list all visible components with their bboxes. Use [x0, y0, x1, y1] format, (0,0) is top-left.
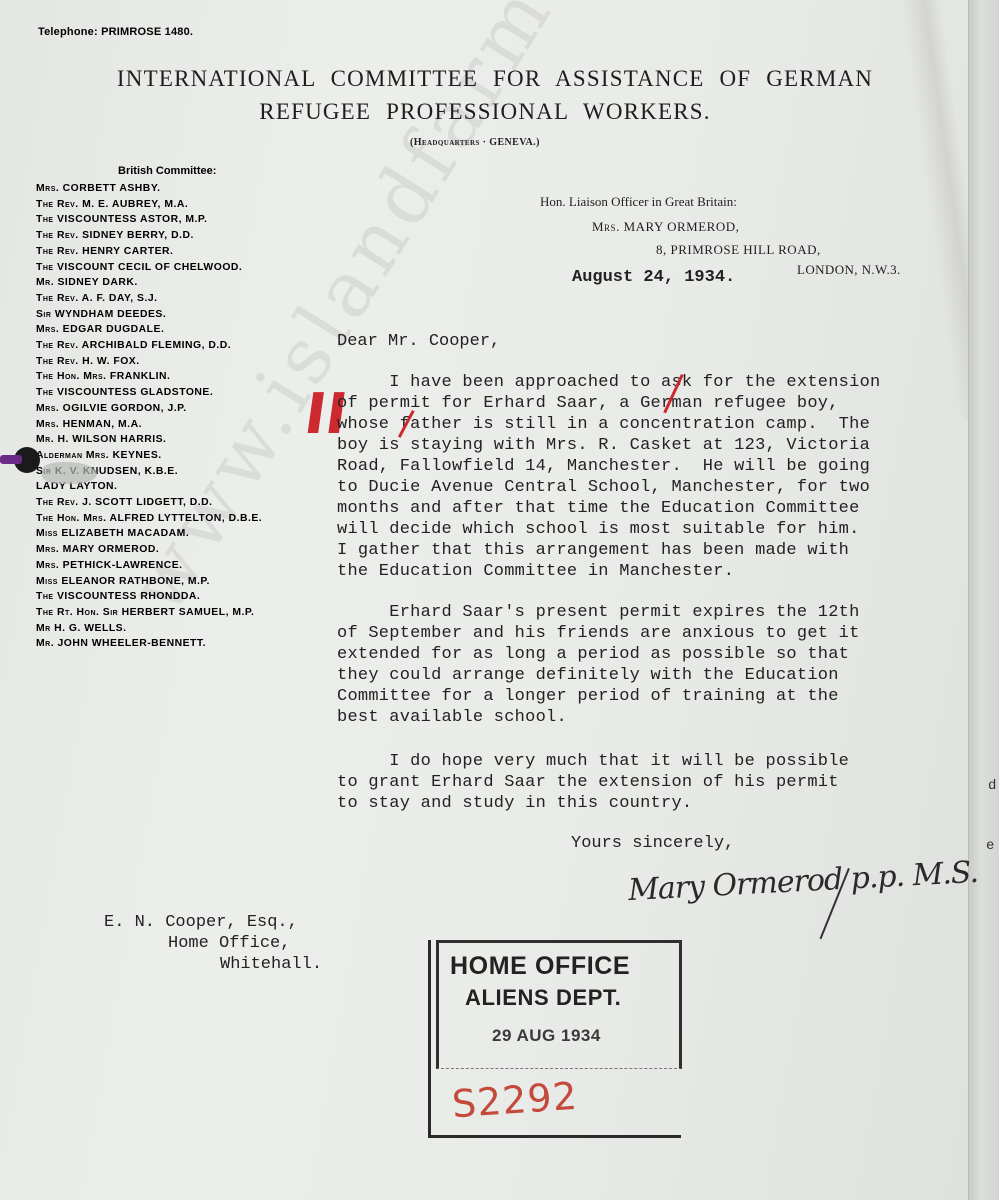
- stamp-date: 29 AUG 1934: [492, 1026, 601, 1046]
- recipient-location: Whitehall.: [220, 955, 322, 974]
- paragraph-3: I do hope very much that it will be poss…: [337, 751, 849, 814]
- committee-member: Mrs. EDGAR DUGDALE.: [36, 322, 262, 338]
- liaison-address-line1: 8, PRIMROSE HILL ROAD,: [656, 242, 821, 258]
- committee-member: The Hon. Mrs. ALFRED LYTTELTON, D.B.E.: [36, 511, 262, 527]
- committee-heading: British Committee:: [118, 165, 216, 177]
- committee-member: The Rev. HENRY CARTER.: [36, 244, 262, 260]
- committee-member: Sir WYNDHAM DEEDES.: [36, 307, 262, 323]
- committee-member: The Rev. J. SCOTT LIDGETT, D.D.: [36, 495, 262, 511]
- stamp-subdepartment: ALIENS DEPT.: [465, 985, 621, 1011]
- stamp-department: HOME OFFICE: [450, 952, 630, 981]
- committee-member: The Hon. Mrs. FRANKLIN.: [36, 369, 262, 385]
- organization-title-line1: INTERNATIONAL COMMITTEE FOR ASSISTANCE O…: [0, 66, 990, 92]
- committee-member: The VISCOUNTESS ASTOR, M.P.: [36, 212, 262, 228]
- committee-member: Miss ELIZABETH MACADAM.: [36, 526, 262, 542]
- committee-member: Mrs. PETHICK-LAWRENCE.: [36, 558, 262, 574]
- committee-member: Mrs. CORBETT ASHBY.: [36, 181, 262, 197]
- committee-member: The VISCOUNTESS GLADSTONE.: [36, 385, 262, 401]
- closing: Yours sincerely,: [571, 834, 734, 853]
- committee-member: The VISCOUNTESS RHONDDA.: [36, 589, 262, 605]
- letter-date: August 24, 1934.: [572, 268, 735, 287]
- edge-fragment: e: [986, 838, 994, 854]
- underlying-page-edge: [968, 0, 999, 1200]
- committee-member: Mr H. G. WELLS.: [36, 621, 262, 637]
- telephone-number: Telephone: PRIMROSE 1480.: [38, 26, 193, 38]
- recipient-office: Home Office,: [168, 934, 290, 953]
- committee-member: Miss ELEANOR RATHBONE, M.P.: [36, 574, 262, 590]
- committee-member: The Rt. Hon. Sir HERBERT SAMUEL, M.P.: [36, 605, 262, 621]
- liaison-name: Mrs. MARY ORMEROD,: [592, 219, 739, 235]
- committee-member: The Rev. SIDNEY BERRY, D.D.: [36, 228, 262, 244]
- committee-member: Mrs. MARY ORMEROD.: [36, 542, 262, 558]
- committee-member: Mrs. HENMAN, M.A.: [36, 417, 262, 433]
- salutation: Dear Mr. Cooper,: [337, 332, 500, 351]
- paragraph-1: I have been approached to ask for the ex…: [337, 372, 881, 582]
- paragraph-2: Erhard Saar's present permit expires the…: [337, 602, 860, 728]
- edge-fragment: d: [988, 778, 996, 794]
- paper-tear: [42, 462, 97, 484]
- headquarters-label: (Headquarters · GENEVA.): [410, 137, 540, 148]
- treasury-tag-ribbon: [0, 455, 22, 464]
- committee-member: Mr. JOHN WHEELER-BENNETT.: [36, 636, 262, 652]
- committee-member: The Rev. H. W. FOX.: [36, 354, 262, 370]
- committee-member: Mrs. OGILVIE GORDON, J.P.: [36, 401, 262, 417]
- liaison-address-line2: LONDON, N.W.3.: [797, 262, 901, 278]
- committee-member-list: Mrs. CORBETT ASHBY. The Rev. M. E. AUBRE…: [36, 181, 262, 652]
- committee-member: The Rev. M. E. AUBREY, M.A.: [36, 197, 262, 213]
- committee-member: The VISCOUNT CECIL OF CHELWOOD.: [36, 260, 262, 276]
- stamp-reference-number: S2292: [451, 1074, 580, 1127]
- committee-member: Mr. SIDNEY DARK.: [36, 275, 262, 291]
- recipient-name: E. N. Cooper, Esq.,: [104, 913, 298, 932]
- organization-title-line2: REFUGEE PROFESSIONAL WORKERS.: [0, 99, 980, 125]
- committee-member: The Rev. A. F. DAY, S.J.: [36, 291, 262, 307]
- liaison-label: Hon. Liaison Officer in Great Britain:: [540, 194, 737, 210]
- committee-member: The Rev. ARCHIBALD FLEMING, D.D.: [36, 338, 262, 354]
- committee-member: Mr. H. WILSON HARRIS.: [36, 432, 262, 448]
